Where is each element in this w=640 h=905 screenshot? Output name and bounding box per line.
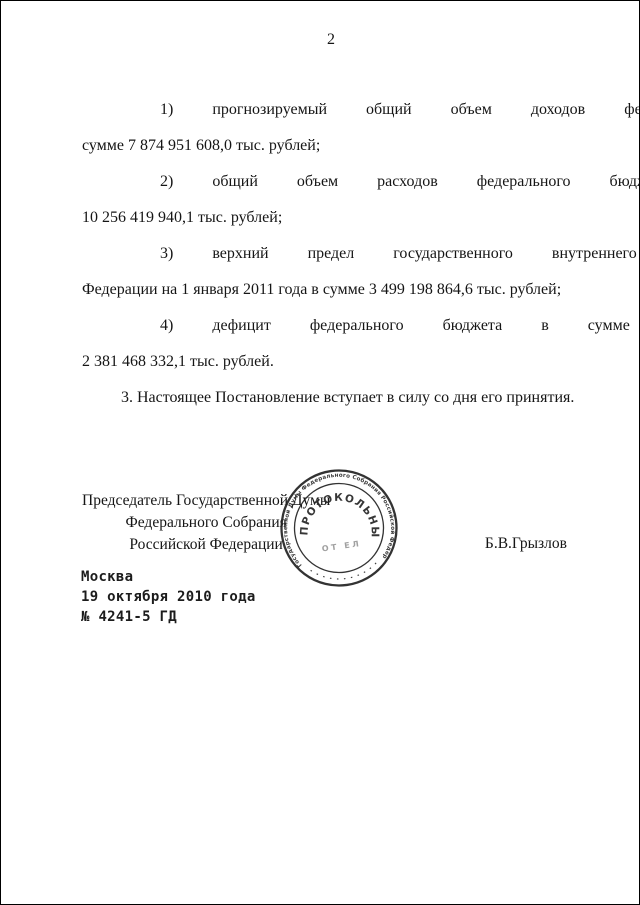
stamp-outer-circle [274,463,404,593]
stamp-graphic: Государственной Думы Федерального Собран… [264,453,414,603]
body-line: 3)верхнийпределгосударственноговнутренне… [82,236,588,272]
body-line: Федерации на 1 января 2011 года в сумме … [82,272,588,308]
document-body: 1)прогнозируемыйобщийобъемдоходовфедерал… [82,92,588,416]
document-page: 2 1)прогнозируемыйобщийобъемдоходовфедер… [0,0,640,905]
signatory-name: Б.В.Грызлов [421,533,567,555]
stamp-ring-text: Государственной Думы Федерального Собран… [276,465,401,573]
official-stamp: Государственной Думы Федерального Собран… [264,453,414,603]
body-line: сумме 7 874 951 608,0 тыс. рублей; [82,128,588,164]
footer-date: 19 октября 2010 года [81,587,256,607]
footer-document-number: № 4241-5 ГД [81,607,256,627]
body-line: 3. Настоящее Постановление вступает в си… [82,380,588,416]
body-line: 4)дефицитфедеральногобюджетавсумме [82,308,588,344]
body-line: 2)общийобъемрасходовфедеральногобюджетав… [82,164,588,200]
footer-city: Москва [81,567,256,587]
body-line: 2 381 468 332,1 тыс. рублей. [82,344,588,380]
body-line: 1)прогнозируемыйобщийобъемдоходовфедерал… [82,92,588,128]
body-line: 10 256 419 940,1 тыс. рублей; [82,200,588,236]
page-number: 2 [21,31,640,49]
footer-block: Москва 19 октября 2010 года № 4241-5 ГД [81,567,256,627]
stamp-sub-text: ОТ ЕЛ [321,539,362,553]
